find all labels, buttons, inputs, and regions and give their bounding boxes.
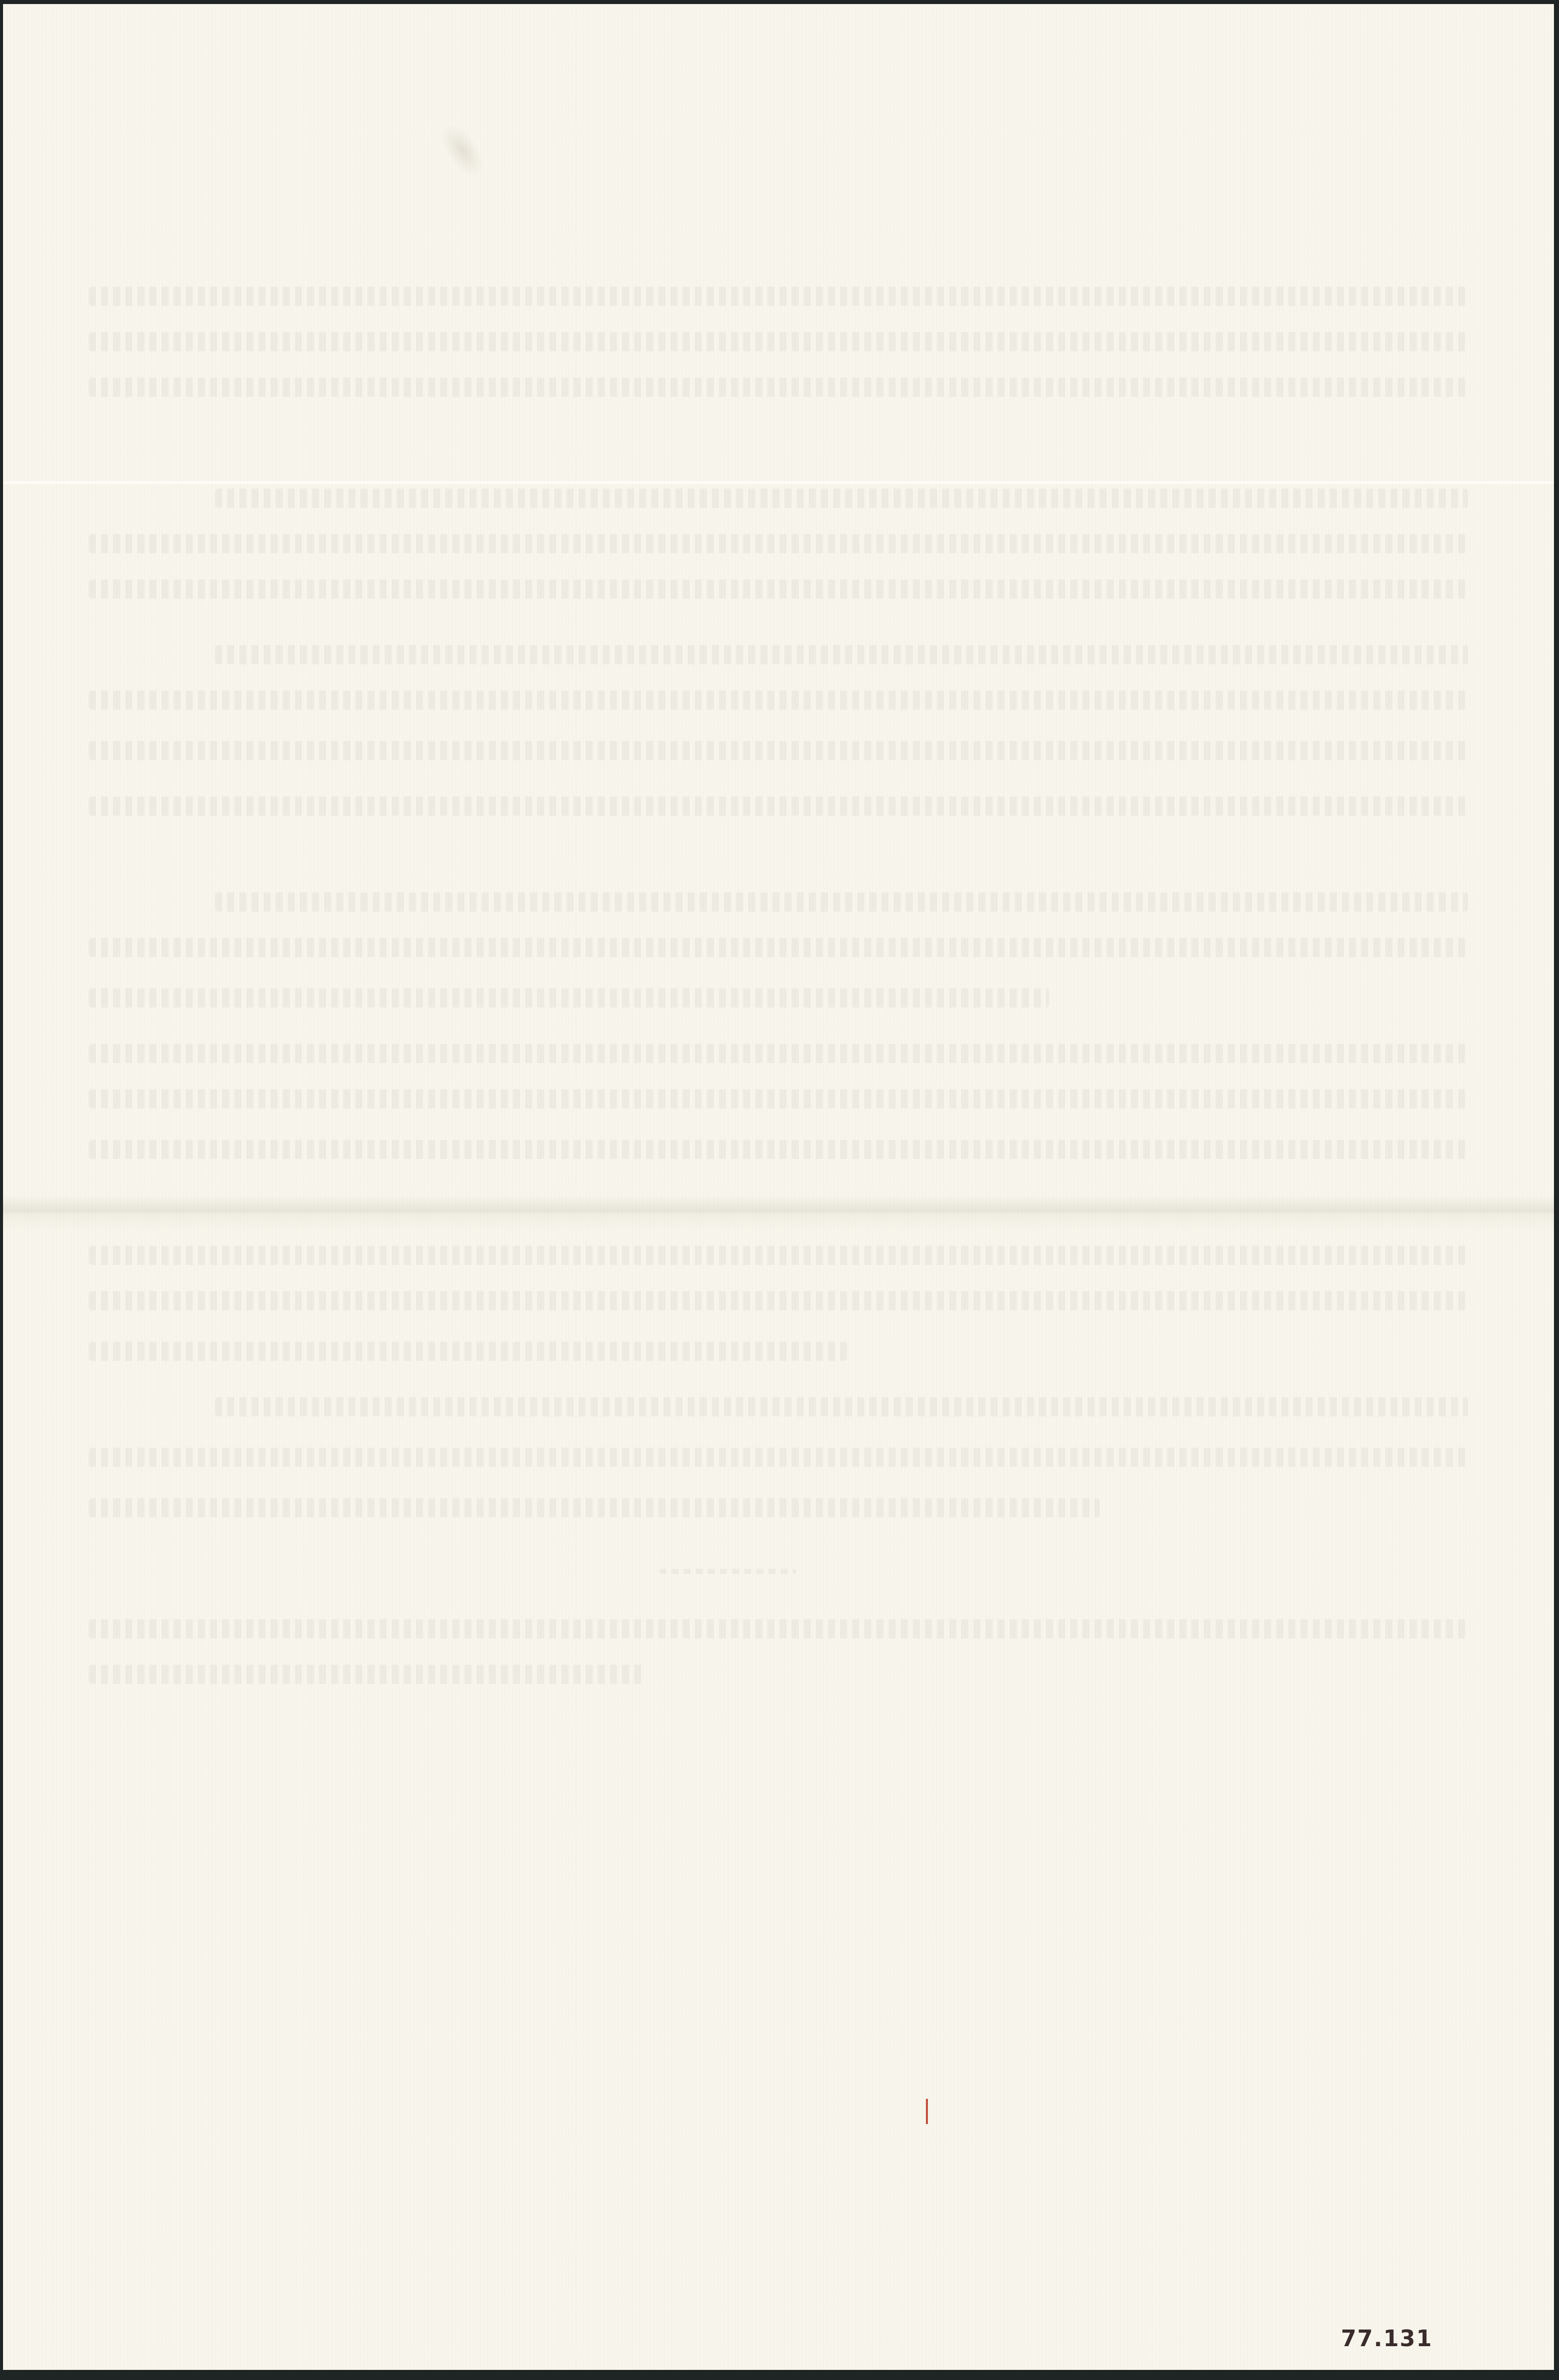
show-through-text-line (89, 378, 1468, 397)
show-through-rule (659, 1569, 797, 1574)
show-through-text-line (89, 1448, 1468, 1467)
scanned-page: 77.131 (3, 4, 1554, 2370)
show-through-text-line (215, 489, 1468, 508)
show-through-text-line (89, 1342, 847, 1361)
center-fold-line (3, 1195, 1554, 1231)
show-through-text-line (215, 892, 1468, 912)
smudge-mark (433, 117, 492, 184)
show-through-text-line (215, 645, 1468, 664)
show-through-text-line (215, 1397, 1468, 1416)
show-through-text-line (89, 1246, 1468, 1265)
show-through-text-line (89, 1140, 1468, 1159)
show-through-text-line (89, 797, 1468, 816)
show-through-text-line (89, 1089, 1468, 1108)
show-through-text-line (89, 534, 1468, 553)
show-through-text-line (89, 938, 1468, 957)
accession-number: 77.131 (1341, 2326, 1433, 2352)
show-through-text-line (89, 1498, 1100, 1517)
show-through-text-line (89, 1619, 1468, 1638)
show-through-text-line (89, 691, 1468, 710)
show-through-text-line (89, 1665, 645, 1684)
show-through-text-line (89, 1291, 1468, 1310)
show-through-text-line (89, 332, 1468, 351)
upper-fold-line (3, 481, 1554, 484)
show-through-text-line (89, 579, 1468, 599)
show-through-text-line (89, 741, 1468, 760)
show-through-text-line (89, 988, 1049, 1008)
show-through-text-line (89, 1044, 1468, 1063)
show-through-text-line (89, 287, 1468, 306)
red-ink-mark (926, 2099, 928, 2124)
